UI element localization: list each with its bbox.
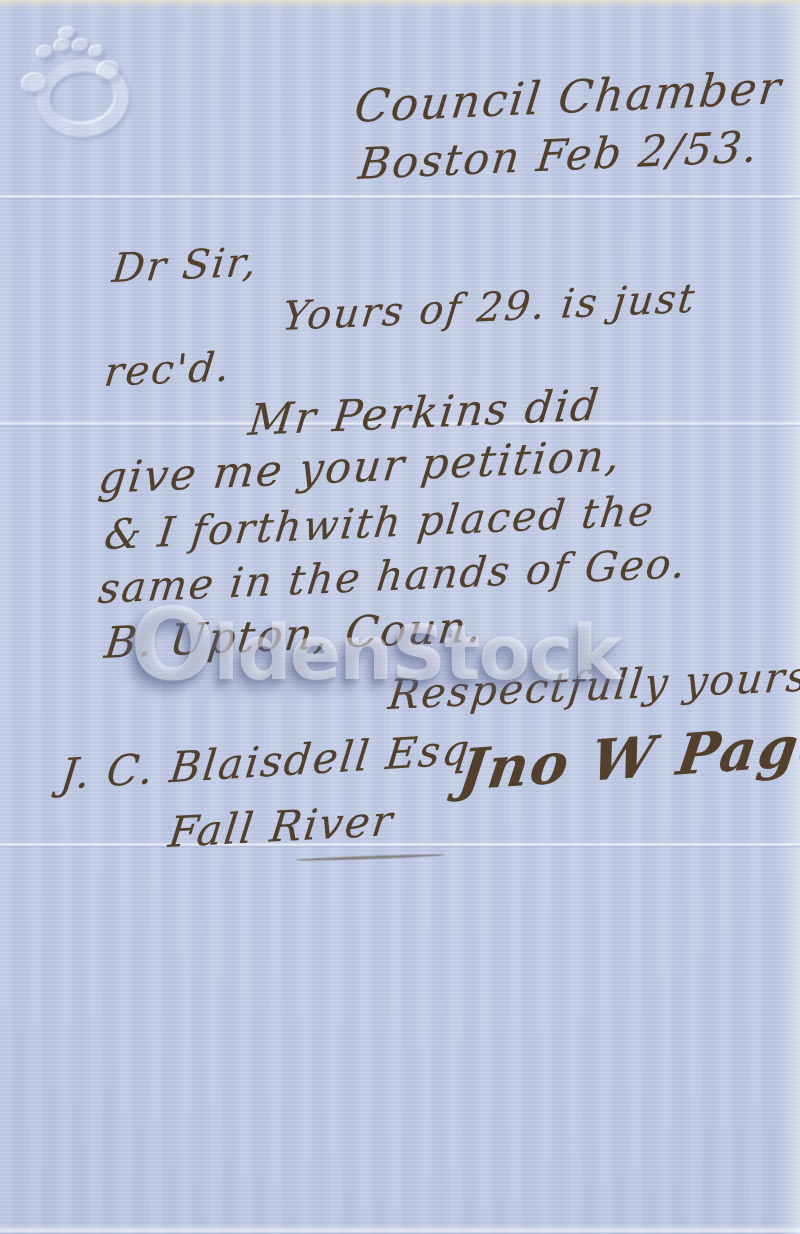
fold-crease-top (0, 194, 800, 200)
stock-watermark-text: OldenStock (130, 586, 620, 703)
embossed-crown-seal-icon (15, 15, 129, 129)
seal-bead (87, 44, 104, 60)
seal-bead (52, 37, 71, 54)
letter-photo: Council Chamber Boston Feb 2/53. Dr Sir,… (0, 0, 800, 1234)
fold-crease-bottom (0, 842, 800, 848)
salutation-line: Dr Sir, (110, 239, 261, 292)
body-line: rec'd. (102, 344, 234, 396)
seal-bead (35, 44, 54, 61)
